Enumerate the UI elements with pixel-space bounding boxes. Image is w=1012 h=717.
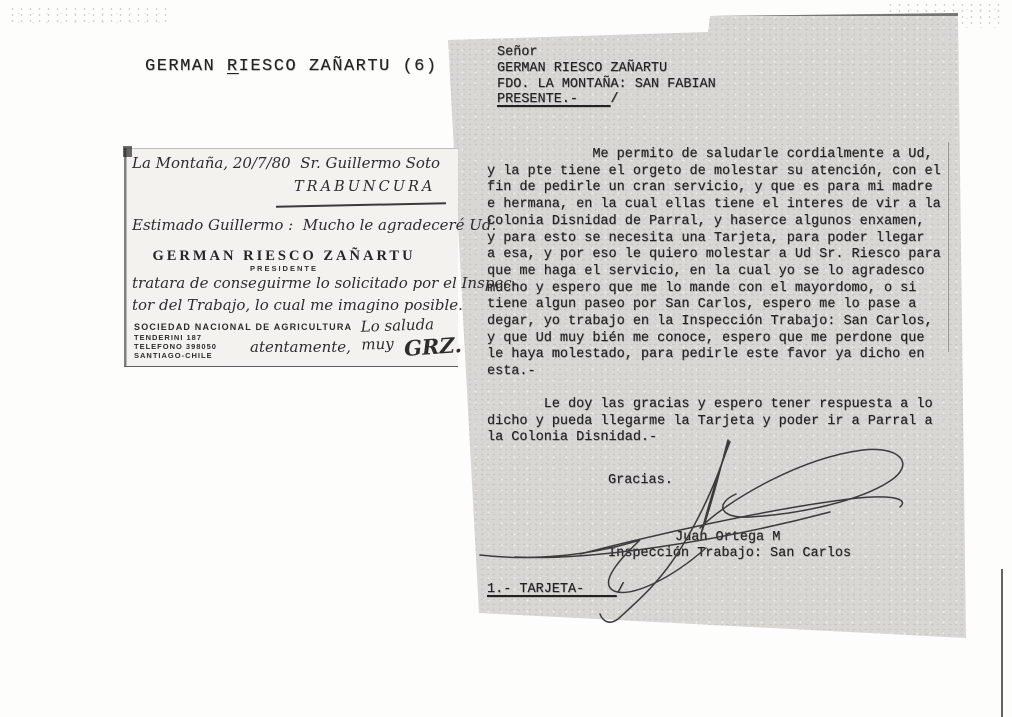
card-place-line: TRABUNCURA [294, 179, 435, 195]
card-corner-mark [123, 146, 132, 157]
text-line: a esa, y por eso le quiero molestar a Ud… [487, 247, 941, 264]
signature-tail-stroke [480, 540, 706, 592]
presente-line: PRESENTE.- / [497, 92, 716, 108]
card-initials-signature: GRZ. [403, 332, 462, 361]
text-line: FDO. LA MONTAÑA: SAN FABIAN [497, 77, 716, 93]
card-salutation-line: Estimado Guillermo : Mucho le agradeceré… [132, 216, 496, 234]
card-underline-stroke [276, 202, 446, 207]
card-closing-line-2: atentamente, [250, 338, 351, 356]
text-line: Le doy las gracias y espero tener respue… [487, 397, 933, 414]
text-line: degar, yo trabajo en la Inspección Traba… [487, 314, 941, 331]
signature-cross-stroke-2 [515, 512, 830, 558]
signature-cross-stroke-1 [580, 497, 902, 554]
text-line: Colonia Disnidad de Parral, y haserce al… [487, 214, 941, 231]
page-heading: GERMAN RIESCO ZAÑARTU (6) [145, 57, 438, 76]
presente-slash: / [610, 92, 618, 107]
recipient-block: SeñorGERMAN RIESCO ZAÑARTUFDO. LA MONTAÑ… [497, 45, 716, 108]
presente-label: PRESENTE.- [497, 92, 610, 107]
text-line: y la pte tiene el orgeto de molestar su … [487, 164, 941, 181]
heading-underlined-letter: R [227, 57, 239, 76]
card-organization: SOCIEDAD NACIONAL DE AGRICULTURA [134, 322, 352, 332]
card-printed-name: GERMAN RIESCO ZAÑARTU [124, 248, 444, 265]
text-line: le haya molestado, para pedirle este fav… [487, 347, 941, 364]
signature-scrawl [470, 428, 930, 628]
card-body-line-1: tratara de conseguirme lo solicitado por… [132, 274, 517, 292]
card-city: SANTIAGO-CHILE [134, 351, 213, 360]
scan-edge-line [1001, 569, 1003, 717]
card-body-line-2: tor del Trabajo, lo cual me imagino posi… [132, 296, 463, 314]
scan-noise-top-left [8, 6, 168, 26]
text-line: e hermana, en la cual ellas tiene el int… [487, 197, 941, 214]
text-line: y para esto se necesita una Tarjeta, par… [487, 231, 941, 248]
signature-diagonal-stroke [600, 441, 729, 622]
card-printed-title: PRESIDENTE [124, 264, 444, 273]
text-line: GERMAN RIESCO ZAÑARTU [497, 61, 716, 77]
heading-pre: GERMAN [145, 57, 227, 76]
text-line: y que Ud muy bién me conoce, espero que … [487, 331, 941, 348]
heading-post: IESCO ZAÑARTU (6) [239, 57, 438, 76]
recipient-lines: SeñorGERMAN RIESCO ZAÑARTUFDO. LA MONTAÑ… [497, 45, 716, 92]
text-line: fin de pedirle un cran servicio, y que e… [487, 180, 941, 197]
card-date-line: La Montaña, 20/7/80 Sr. Guillermo Soto [132, 154, 440, 172]
paper-crease [948, 142, 949, 352]
text-line: que me haga el servicio, en la cual yo s… [487, 264, 941, 281]
text-line: Señor [497, 45, 716, 61]
signature-right-loop-stroke [700, 449, 903, 528]
text-line: tiene algun paseo por San Carlos, espero… [487, 297, 941, 314]
text-line: mucho y espero que me lo mande con el ma… [487, 281, 941, 298]
card-phone: TELEFONO 398050 [134, 342, 217, 351]
card-address: TENDERINI 187 [134, 333, 202, 342]
text-line: Me permito de saludarle cordialmente a U… [487, 147, 941, 164]
business-card: La Montaña, 20/7/80 Sr. Guillermo Soto T… [124, 148, 458, 367]
text-line: esta.- [487, 364, 941, 381]
letter-paragraph-1: Me permito de saludarle cordialmente a U… [487, 147, 941, 381]
